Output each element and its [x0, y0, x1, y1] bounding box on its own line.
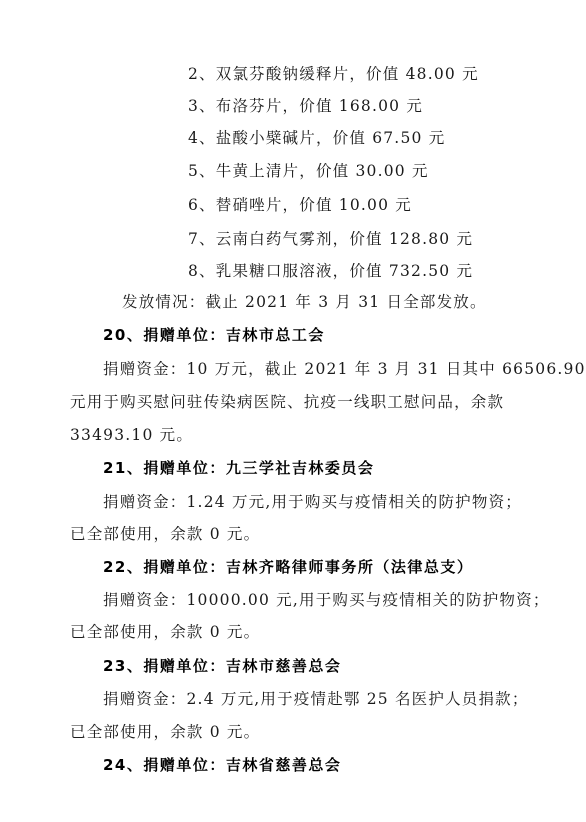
list-item: 7、云南白药气雾剂，价值 128.80 元 — [188, 229, 473, 249]
paragraph-line: 捐赠资金：2.4 万元,用于疫情赴鄂 25 名医护人员捐款； — [103, 689, 529, 709]
paragraph-line: 元用于购买慰问驻传染病医院、抗疫一线职工慰问品，余款 — [70, 392, 504, 412]
list-item: 2、双氯芬酸钠缓释片，价值 48.00 元 — [188, 64, 479, 84]
paragraph-line: 已全部使用，余款 0 元。 — [70, 622, 260, 642]
section-heading: 23、捐赠单位：吉林市慈善总会 — [103, 656, 341, 676]
list-item: 8、乳果糖口服溶液，价值 732.50 元 — [188, 261, 473, 281]
paragraph-line: 33493.10 元。 — [70, 425, 193, 445]
paragraph-line: 捐赠资金：10000.00 元,用于购买与疫情相关的防护物资； — [103, 590, 550, 610]
paragraph-line: 捐赠资金：1.24 万元,用于购买与疫情相关的防护物资； — [103, 492, 522, 512]
section-heading: 24、捐赠单位：吉林省慈善总会 — [103, 755, 341, 775]
paragraph-line: 捐赠资金：10 万元，截止 2021 年 3 月 31 日其中 66506.90 — [103, 359, 586, 379]
list-item: 6、替硝唑片，价值 10.00 元 — [188, 195, 412, 215]
section-heading: 21、捐赠单位：九三学社吉林委员会 — [103, 458, 374, 478]
paragraph-line: 已全部使用，余款 0 元。 — [70, 722, 260, 742]
paragraph-line: 已全部使用，余款 0 元。 — [70, 524, 260, 544]
section-heading: 22、捐赠单位：吉林齐略律师事务所（法律总支） — [103, 557, 473, 577]
section-heading: 20、捐赠单位：吉林市总工会 — [103, 325, 325, 345]
list-item: 4、盐酸小檗碱片，价值 67.50 元 — [188, 128, 445, 148]
distribution-status: 发放情况：截止 2021 年 3 月 31 日全部发放。 — [122, 292, 487, 312]
list-item: 5、牛黄上清片，价值 30.00 元 — [188, 161, 429, 181]
list-item: 3、布洛芬片，价值 168.00 元 — [188, 96, 423, 116]
